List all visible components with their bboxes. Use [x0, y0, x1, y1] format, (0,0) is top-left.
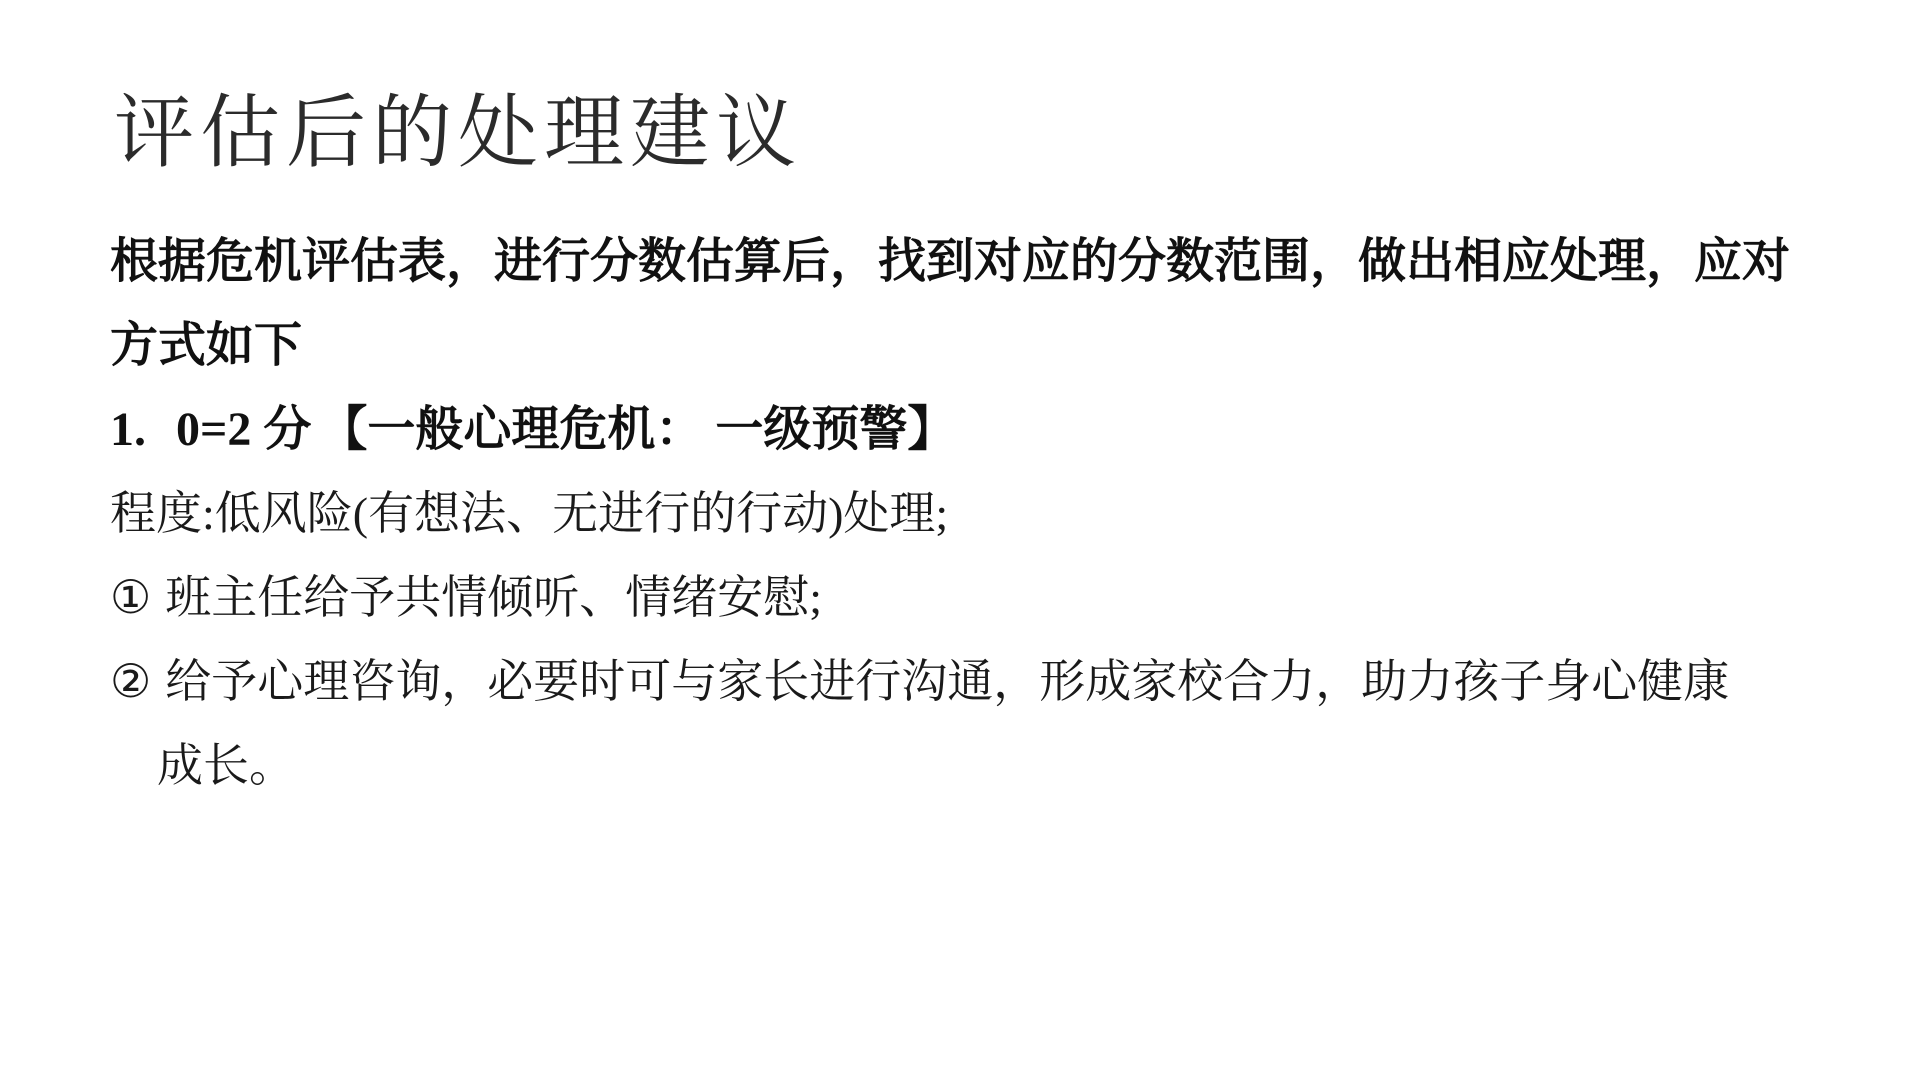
body-text-block: 根据危机评估表，进行分数估算后，找到对应的分数范围，做出相应处理，应对 方式如下…: [110, 220, 1880, 808]
step2-text-line1: 给予心理咨询，必要时可与家长进行沟通，形成家校合力，助力孩子身心健康: [165, 656, 1729, 707]
document-content: 评估后的处理建议 根据危机评估表，进行分数估算后，找到对应的分数范围，做出相应处…: [110, 86, 1880, 808]
step1-text: 班主任给予共情倾听、情绪安慰;: [165, 572, 822, 623]
page-title: 评估后的处理建议: [114, 86, 1880, 182]
intro-line-2: 方式如下: [110, 304, 1880, 388]
item1-category: 【一般心理危机： 一级预警】: [319, 403, 955, 456]
step2-paragraph: ②给予心理咨询，必要时可与家长进行沟通，形成家校合力，助力孩子身心健康: [110, 640, 1880, 724]
item1-number: 1.: [110, 388, 146, 472]
step2-marker: ②: [110, 640, 151, 724]
step1-paragraph: ①班主任给予共情倾听、情绪安慰;: [110, 556, 1880, 640]
step1-marker: ①: [110, 556, 151, 640]
document-page: 评估后的处理建议 根据危机评估表，进行分数估算后，找到对应的分数范围，做出相应处…: [0, 0, 1920, 1080]
item1-heading: 1.0=2 分【一般心理危机： 一级预警】: [110, 388, 1880, 472]
severity-line: 程度:低风险(有想法、无进行的行动)处理;: [110, 472, 1880, 556]
step2-text-line2: 成长。: [110, 724, 1880, 808]
intro-line-1: 根据危机评估表，进行分数估算后，找到对应的分数范围，做出相应处理，应对: [110, 220, 1880, 304]
item1-score-range: 0=2 分: [176, 388, 311, 472]
